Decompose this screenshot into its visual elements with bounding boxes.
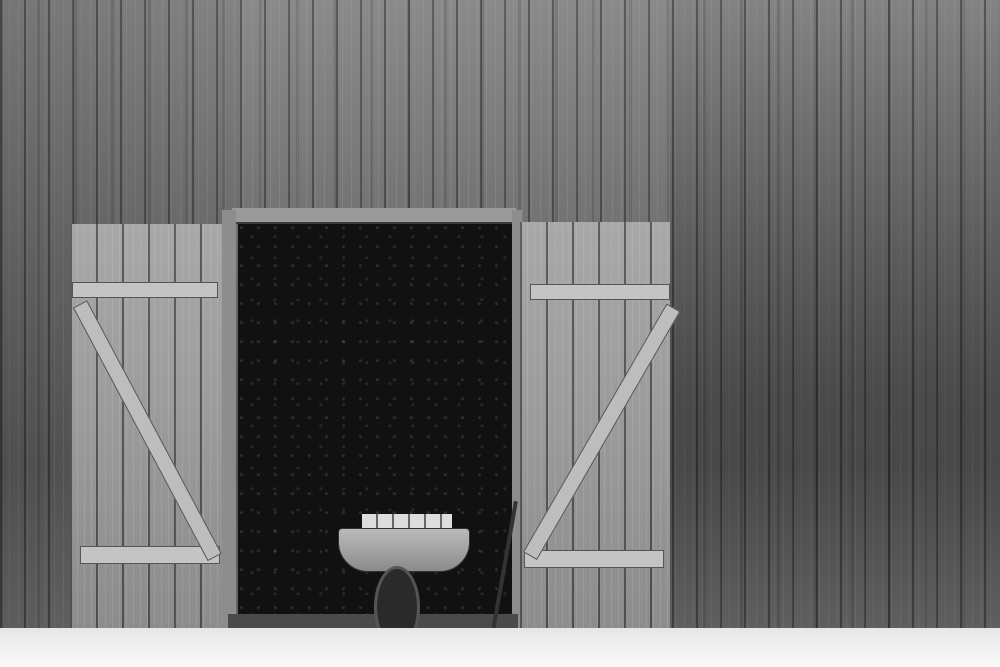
right-door-bottom-brace	[524, 550, 664, 568]
right-door-diagonal-brace	[523, 303, 680, 560]
snow-ground	[0, 628, 1000, 667]
door-frame-left	[222, 210, 236, 630]
left-door-diagonal-brace	[73, 300, 222, 561]
barn-wall-right	[670, 0, 1000, 667]
door-frame-top	[232, 208, 516, 224]
barn-photo	[0, 0, 1000, 667]
left-barn-door	[70, 224, 222, 634]
left-door-bottom-brace	[80, 546, 220, 564]
left-door-top-brace	[72, 282, 218, 298]
wheelbarrow	[338, 528, 470, 572]
right-door-top-brace	[530, 284, 670, 300]
right-barn-door	[520, 222, 670, 640]
